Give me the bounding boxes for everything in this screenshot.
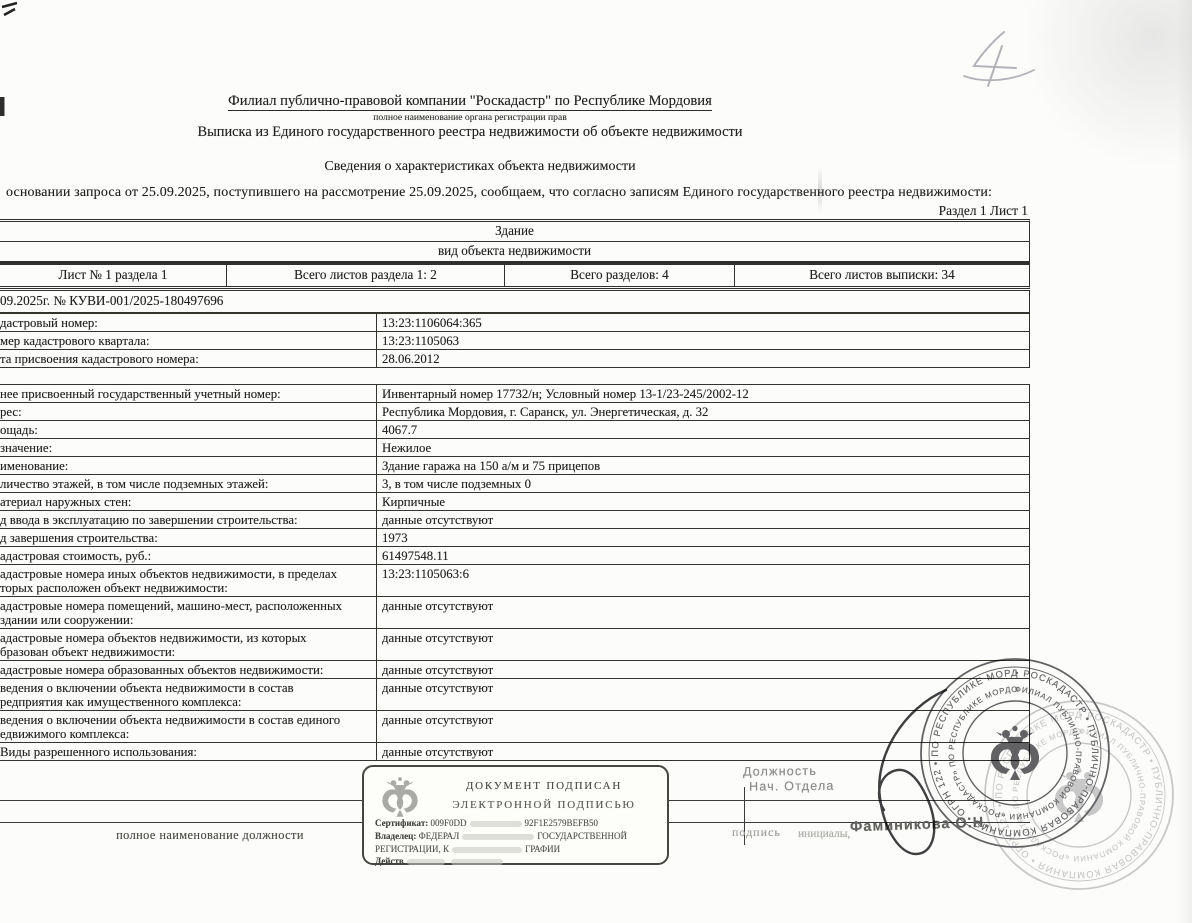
table-row: значение: Нежилое [0, 439, 1029, 457]
table-row: личество этажей, в том числе подземных э… [0, 475, 1029, 493]
object-kind-table: Здание вид объекта недвижимости [0, 219, 1030, 264]
table-row: д ввода в эксплуатацию по завершении стр… [0, 511, 1029, 529]
request-line: основании запроса от 25.09.2025, поступи… [6, 185, 1188, 201]
org-name-caption: полное наименование органа регистрации п… [100, 112, 840, 123]
table-row: дастровый номер: 13:23:1106064:365 [0, 314, 1029, 332]
row-label: мер кадастрового квартала: [0, 332, 376, 349]
coat-of-arms-icon [378, 772, 422, 822]
row-value: 3, в том числе подземных 0 [376, 475, 1029, 492]
table-row: рес: Республика Мордовия, г. Саранск, ул… [0, 403, 1029, 421]
table-row: адастровые номера объектов недвижимости,… [0, 629, 1029, 661]
row-label: ведения о включении объекта недвижимости… [0, 679, 376, 710]
row-label: та присвоения кадастрового номера: [0, 350, 376, 367]
section-title: Сведения о характеристиках объекта недви… [100, 159, 860, 175]
scan-artifact-mark [0, 0, 26, 130]
table-row: та присвоения кадастрового номера: 28.06… [0, 350, 1029, 368]
esign-box: ДОКУМЕНТ ПОДПИСАН ЭЛЕКТРОННОЙ ПОДПИСЬЮ С… [362, 765, 669, 865]
table-row: именование: Здание гаража на 150 а/м и 7… [0, 457, 1029, 475]
scanned-document-page: Филиал публично-правовой компании "Роска… [0, 0, 1192, 923]
sheets-cell: Всего листов раздела 1: 2 [226, 265, 504, 286]
row-label: значение: [0, 439, 376, 456]
row-value: данные отсутствуют [376, 511, 1029, 528]
table-row: атериал наружных стен: Кирпичные [0, 493, 1029, 511]
row-label: Виды разрешенного использования: [0, 743, 376, 760]
object-kind-caption: вид объекта недвижимости [0, 242, 1029, 261]
row-value: Республика Мордовия, г. Саранск, ул. Эне… [376, 403, 1029, 420]
esign-title: ЭЛЕКТРОННОЙ ПОДПИСЬЮ [430, 799, 658, 811]
row-label: адастровые номера иных объектов недвижим… [0, 565, 376, 596]
cert-row: Сертификат: 009F0DD92F1E2579BEFB50 [375, 818, 665, 828]
row-label: адастровые номера образованных объектов … [0, 661, 376, 678]
table-row: адастровые номера помещений, машино-мест… [0, 597, 1029, 629]
sheets-cell: Всего листов выписки: 34 [734, 265, 1029, 286]
sheets-summary-table: Лист № 1 раздела 1 Всего листов раздела … [0, 262, 1030, 289]
row-label: нее присвоенный государственный учетный … [0, 385, 376, 402]
esign-title: ДОКУМЕНТ ПОДПИСАН [430, 780, 658, 792]
owner-row: РЕГИСТРАЦИИ, КГРАФИИ [375, 844, 665, 854]
row-value: Нежилое [376, 439, 1029, 456]
name-caption: инициалы, [798, 828, 850, 840]
owner-row: Владелец: ФЕДЕРАЛГОСУДАРСТВЕННОЙ [375, 831, 665, 841]
row-value: 13:23:1105063 [376, 332, 1029, 349]
row-label: атериал наружных стен: [0, 493, 376, 510]
table-row: адастровые номера образованных объектов … [0, 661, 1029, 679]
row-value: 13:23:1106064:365 [376, 314, 1029, 331]
table-row: д завершения строительства: 1973 [0, 529, 1029, 547]
document-title: Выписка из Единого государственного реес… [60, 124, 880, 141]
org-name: Филиал публично-правовой компании "Роска… [100, 93, 840, 110]
sign-caption: подпись [732, 825, 781, 840]
table-row: мер кадастрового квартала: 13:23:1105063 [0, 332, 1029, 350]
row-label: рес: [0, 403, 376, 420]
valid-row: Действ [375, 856, 665, 866]
row-label: личество этажей, в том числе подземных э… [0, 475, 376, 492]
row-label: д ввода в эксплуатацию по завершении стр… [0, 511, 376, 528]
row-label: адастровые номера помещений, машино-мест… [0, 597, 376, 628]
row-value: Кирпичные [376, 493, 1029, 510]
row-label: д завершения строительства: [0, 529, 376, 546]
row-value: 61497548.11 [376, 547, 1029, 564]
row-value: 28.06.2012 [376, 350, 1029, 367]
pencil-page-number [930, 16, 1090, 101]
handwritten-signature [850, 678, 980, 873]
row-value: 4067.7 [376, 421, 1029, 438]
table-row: адастровые номера иных объектов недвижим… [0, 565, 1029, 597]
row-label: ведения о включении объекта недвижимости… [0, 711, 376, 742]
table-row: нее присвоенный государственный учетный … [0, 385, 1029, 403]
table-row: ощадь: 4067.7 [0, 421, 1029, 439]
cadastral-summary-table: дастровый номер: 13:23:1106064:365 мер к… [0, 313, 1030, 368]
row-value: 13:23:1105063:6 [376, 565, 1029, 596]
position-caption: полное наименование должности [60, 828, 360, 843]
row-label: адастровая стоимость, руб.: [0, 547, 376, 564]
section-sheet-ref: Раздел 1 Лист 1 [818, 203, 1028, 219]
request-number: 09.2025г. № КУВИ-001/2025-180497696 [0, 290, 1030, 313]
row-value: Инвентарный номер 17732/н; Условный номе… [376, 385, 1029, 402]
row-label: именование: [0, 457, 376, 474]
row-value: данные отсутствуют [376, 597, 1029, 628]
row-label: дастровый номер: [0, 314, 376, 331]
row-value: Здание гаража на 150 а/м и 75 прицепов [376, 457, 1029, 474]
row-value: 1973 [376, 529, 1029, 546]
table-row: адастровая стоимость, руб.: 61497548.11 [0, 547, 1029, 565]
sheets-cell: Лист № 1 раздела 1 [0, 265, 226, 286]
row-label: ощадь: [0, 421, 376, 438]
row-label: адастровые номера объектов недвижимости,… [0, 629, 376, 660]
object-kind-value: Здание [0, 222, 1029, 242]
sheets-cell: Всего разделов: 4 [504, 265, 734, 286]
